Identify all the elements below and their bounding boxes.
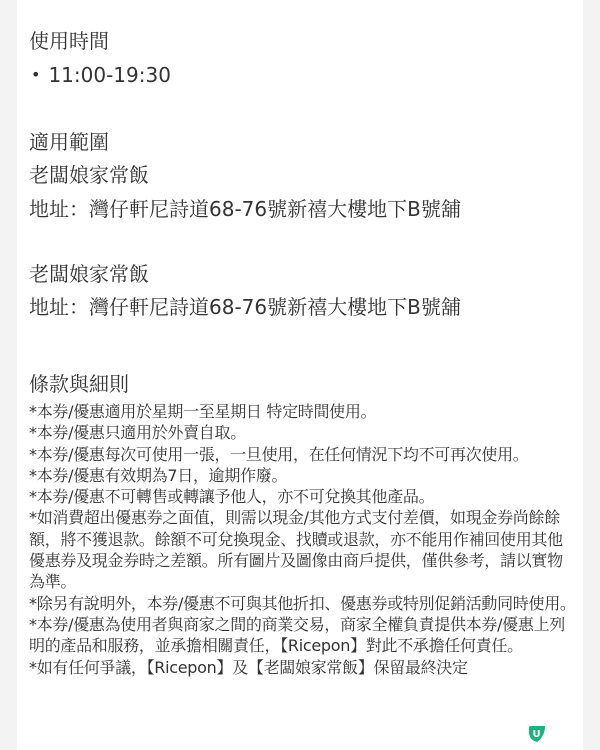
location-address: 地址：灣仔軒尼詩道68-76號新禧大樓地下B號舖	[29, 294, 461, 320]
terms-list: *本券/優惠適用於星期一至星期日 特定時間使用。 *本券/優惠只適用於外賣自取。…	[29, 401, 577, 678]
usage-time-value: 11:00-19:30	[48, 63, 171, 87]
scope-title: 適用範圍	[29, 129, 109, 155]
terms-item: *如有任何爭議，【Ricepon】及【老闆娘家常飯】保留最終決定	[29, 657, 577, 678]
location-name: 老闆娘家常飯	[29, 162, 149, 188]
bullet-icon: •	[31, 62, 40, 88]
terms-item: *本券/優惠適用於星期一至星期日 特定時間使用。	[29, 401, 577, 422]
terms-title: 條款與細則	[29, 371, 129, 397]
terms-item: *除另有說明外，本券/優惠不可與其他折扣、優惠券或特別促銷活動同時使用。	[29, 593, 577, 614]
terms-item: *本券/優惠不可轉售或轉讓予他人，亦不可兌換其他產品。	[29, 486, 577, 507]
location-address: 地址：灣仔軒尼詩道68-76號新禧大樓地下B號舖	[29, 196, 461, 222]
terms-item: *如消費超出優惠券之面值，則需以現金/其他方式支付差價，如現金券尚餘餘額，將不獲…	[29, 507, 577, 592]
terms-item: *本券/優惠每次可使用一張，一旦使用，在任何情況下均不可再次使用。	[29, 444, 577, 465]
terms-item: *本券/優惠為使用者與商家之間的商業交易，商家全權負責提供本券/優惠上列明的產品…	[29, 614, 577, 657]
location-name: 老闆娘家常飯	[29, 261, 149, 287]
svg-text:U: U	[532, 729, 540, 740]
u-logo-icon: U	[527, 724, 547, 744]
coupon-details-card: 使用時間 •11:00-19:30 適用範圍 老闆娘家常飯 地址：灣仔軒尼詩道6…	[17, 0, 583, 750]
usage-time-item: •11:00-19:30	[31, 62, 171, 88]
terms-item: *本券/優惠只適用於外賣自取。	[29, 422, 577, 443]
usage-time-title: 使用時間	[29, 28, 109, 54]
terms-item: *本券/優惠有效期為7日，逾期作廢。	[29, 465, 577, 486]
